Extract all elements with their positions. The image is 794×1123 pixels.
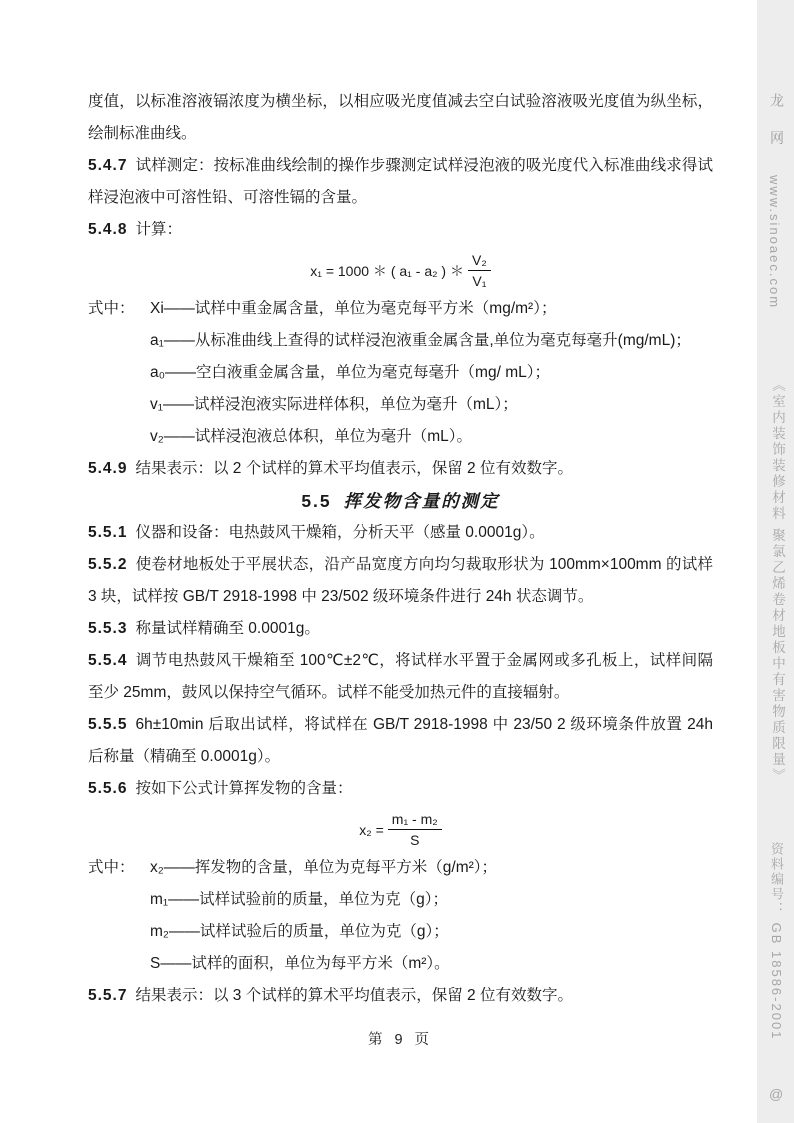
section-5-5-2: 5.5.2使卷材地板处于平展状态，沿产品宽度方向均匀裁取形状为 100mm×10…	[88, 549, 713, 613]
where-list-2: 式中：x₂——挥发物的含量，单位为克每平方米（g/m²）； m₁——试样试验前的…	[88, 852, 713, 980]
formula-x1: x₁ = 1000 ＊ ( a₁ - a₂ ) ＊V₂V₁	[88, 251, 713, 290]
formula-lhs: x₁ = 1000 ＊ ( a₁ - a₂ ) ＊	[310, 262, 464, 280]
section-number: 5.5.4	[88, 652, 127, 669]
section-text: 计算：	[135, 221, 182, 238]
section-5-5-4: 5.5.4调节电热鼓风干燥箱至 100℃±2℃，将试样水平置于金属网或多孔板上，…	[88, 645, 713, 709]
section-number: 5.5.3	[88, 620, 127, 637]
where-item: Xi——试样中重金属含量，单位为毫克每平方米（mg/m²）；	[150, 293, 556, 325]
where-item: m₂——试样试验后的质量，单位为克（g）；	[88, 916, 713, 948]
fraction-denominator: V₁	[468, 271, 491, 290]
section-text: 按如下公式计算挥发物的含量：	[135, 780, 352, 797]
page-number: 第 9 页	[88, 1028, 713, 1049]
section-text: 仪器和设备：电热鼓风干燥箱，分析天平（感量 0.0001g）。	[135, 524, 544, 541]
section-5-5-5: 5.5.56h±10min 后取出试样，将试样在 GB/T 2918-1998 …	[88, 709, 713, 773]
section-text: 称量试样精确至 0.0001g。	[135, 620, 319, 637]
section-number: 5.4.9	[88, 460, 127, 477]
fraction-numerator: V₂	[468, 251, 491, 271]
where-item: a₀——空白液重金属含量，单位为毫克每毫升（mg/ mL）；	[88, 357, 713, 389]
section-text: 试样测定：按标准曲线绘制的操作步骤测定试样浸泡液的吸光度代入标准曲线求得试样浸泡…	[88, 157, 713, 206]
section-5-5-1: 5.5.1仪器和设备：电热鼓风干燥箱，分析天平（感量 0.0001g）。	[88, 517, 713, 549]
section-5-4-9: 5.4.9结果表示：以 2 个试样的算术平均值表示，保留 2 位有效数字。	[88, 453, 713, 485]
section-text: 结果表示：以 2 个试样的算术平均值表示，保留 2 位有效数字。	[135, 460, 572, 477]
where-list-1: 式中：Xi——试样中重金属含量，单位为毫克每平方米（mg/m²）； a₁——从标…	[88, 293, 713, 453]
section-5-5-7: 5.5.7结果表示：以 3 个试样的算术平均值表示，保留 2 位有效数字。	[88, 980, 713, 1012]
fraction-denominator: S	[388, 830, 442, 849]
section-text: 使卷材地板处于平展状态，沿产品宽度方向均匀裁取形状为 100mm×100mm 的…	[88, 556, 713, 605]
section-text: 结果表示：以 3 个试样的算术平均值表示，保留 2 位有效数字。	[135, 987, 572, 1004]
formula-lhs: x₂ =	[359, 821, 384, 839]
heading-title: 挥发物含量的测定	[344, 491, 500, 511]
document-body: 度值，以标准溶液镉浓度为横坐标，以相应吸光度值减去空白试验溶液吸光度值为纵坐标，…	[88, 0, 713, 1012]
watermark-strip: 龙 网 www.sinoaec.com 《室内装饰装修材料 聚氯乙烯卷材地板中有…	[757, 0, 794, 1123]
section-text: 调节电热鼓风干燥箱至 100℃±2℃，将试样水平置于金属网或多孔板上，试样间隔至…	[88, 652, 713, 701]
where-line: 式中：Xi——试样中重金属含量，单位为毫克每平方米（mg/m²）；	[88, 293, 713, 325]
fraction: m₁ - m₂S	[388, 810, 442, 849]
where-line: 式中：x₂——挥发物的含量，单位为克每平方米（g/m²）；	[88, 852, 713, 884]
section-number: 5.5.2	[88, 556, 127, 573]
fraction-numerator: m₁ - m₂	[388, 810, 442, 830]
section-number: 5.5.5	[88, 716, 127, 733]
where-item: x₂——挥发物的含量，单位为克每平方米（g/m²）；	[150, 852, 497, 884]
section-5-5-3: 5.5.3称量试样精确至 0.0001g。	[88, 613, 713, 645]
section-5-5-6: 5.5.6按如下公式计算挥发物的含量：	[88, 773, 713, 805]
heading-number: 5.5	[301, 491, 331, 511]
watermark-site-url: www.sinoaec.com	[767, 175, 782, 309]
where-item: S——试样的面积，单位为每平方米（m²）。	[88, 948, 713, 980]
where-label: 式中：	[88, 293, 150, 325]
section-text: 6h±10min 后取出试样，将试样在 GB/T 2918-1998 中 23/…	[88, 716, 713, 765]
section-number: 5.4.7	[88, 157, 127, 174]
watermark-doc-title: 《室内装饰装修材料 聚氯乙烯卷材地板中有害物质限量》	[767, 378, 787, 784]
where-item: v₂——试样浸泡液总体积，单位为毫升（mL）。	[88, 421, 713, 453]
formula-x2: x₂ =m₁ - m₂S	[88, 810, 713, 849]
where-item: m₁——试样试验前的质量，单位为克（g）；	[88, 884, 713, 916]
section-5-4-7: 5.4.7试样测定：按标准曲线绘制的操作步骤测定试样浸泡液的吸光度代入标准曲线求…	[88, 150, 713, 214]
section-heading-5-5: 5.5挥发物含量的测定	[88, 485, 713, 517]
section-number: 5.4.8	[88, 221, 127, 238]
where-item: a₁——从标准曲线上查得的试样浸泡液重金属含量,单位为毫克每毫升(mg/mL)；	[88, 325, 713, 357]
watermark-at-symbol: @	[769, 1086, 786, 1102]
where-label: 式中：	[88, 852, 150, 884]
section-number: 5.5.7	[88, 987, 127, 1004]
fraction: V₂V₁	[468, 251, 491, 290]
section-number: 5.5.1	[88, 524, 127, 541]
where-item: v₁——试样浸泡液实际进样体积，单位为毫升（mL）；	[88, 389, 713, 421]
section-number: 5.5.6	[88, 780, 127, 797]
watermark-site-name: 龙 网	[767, 93, 787, 155]
section-5-4-8: 5.4.8计算：	[88, 214, 713, 246]
document-page: 度值，以标准溶液镉浓度为横坐标，以相应吸光度值减去空白试验溶液吸光度值为纵坐标，…	[0, 0, 794, 1123]
paragraph-continuation: 度值，以标准溶液镉浓度为横坐标，以相应吸光度值减去空白试验溶液吸光度值为纵坐标，…	[88, 86, 713, 150]
watermark-doc-ref: 资料编号： GB 18586-2001	[767, 842, 786, 1040]
